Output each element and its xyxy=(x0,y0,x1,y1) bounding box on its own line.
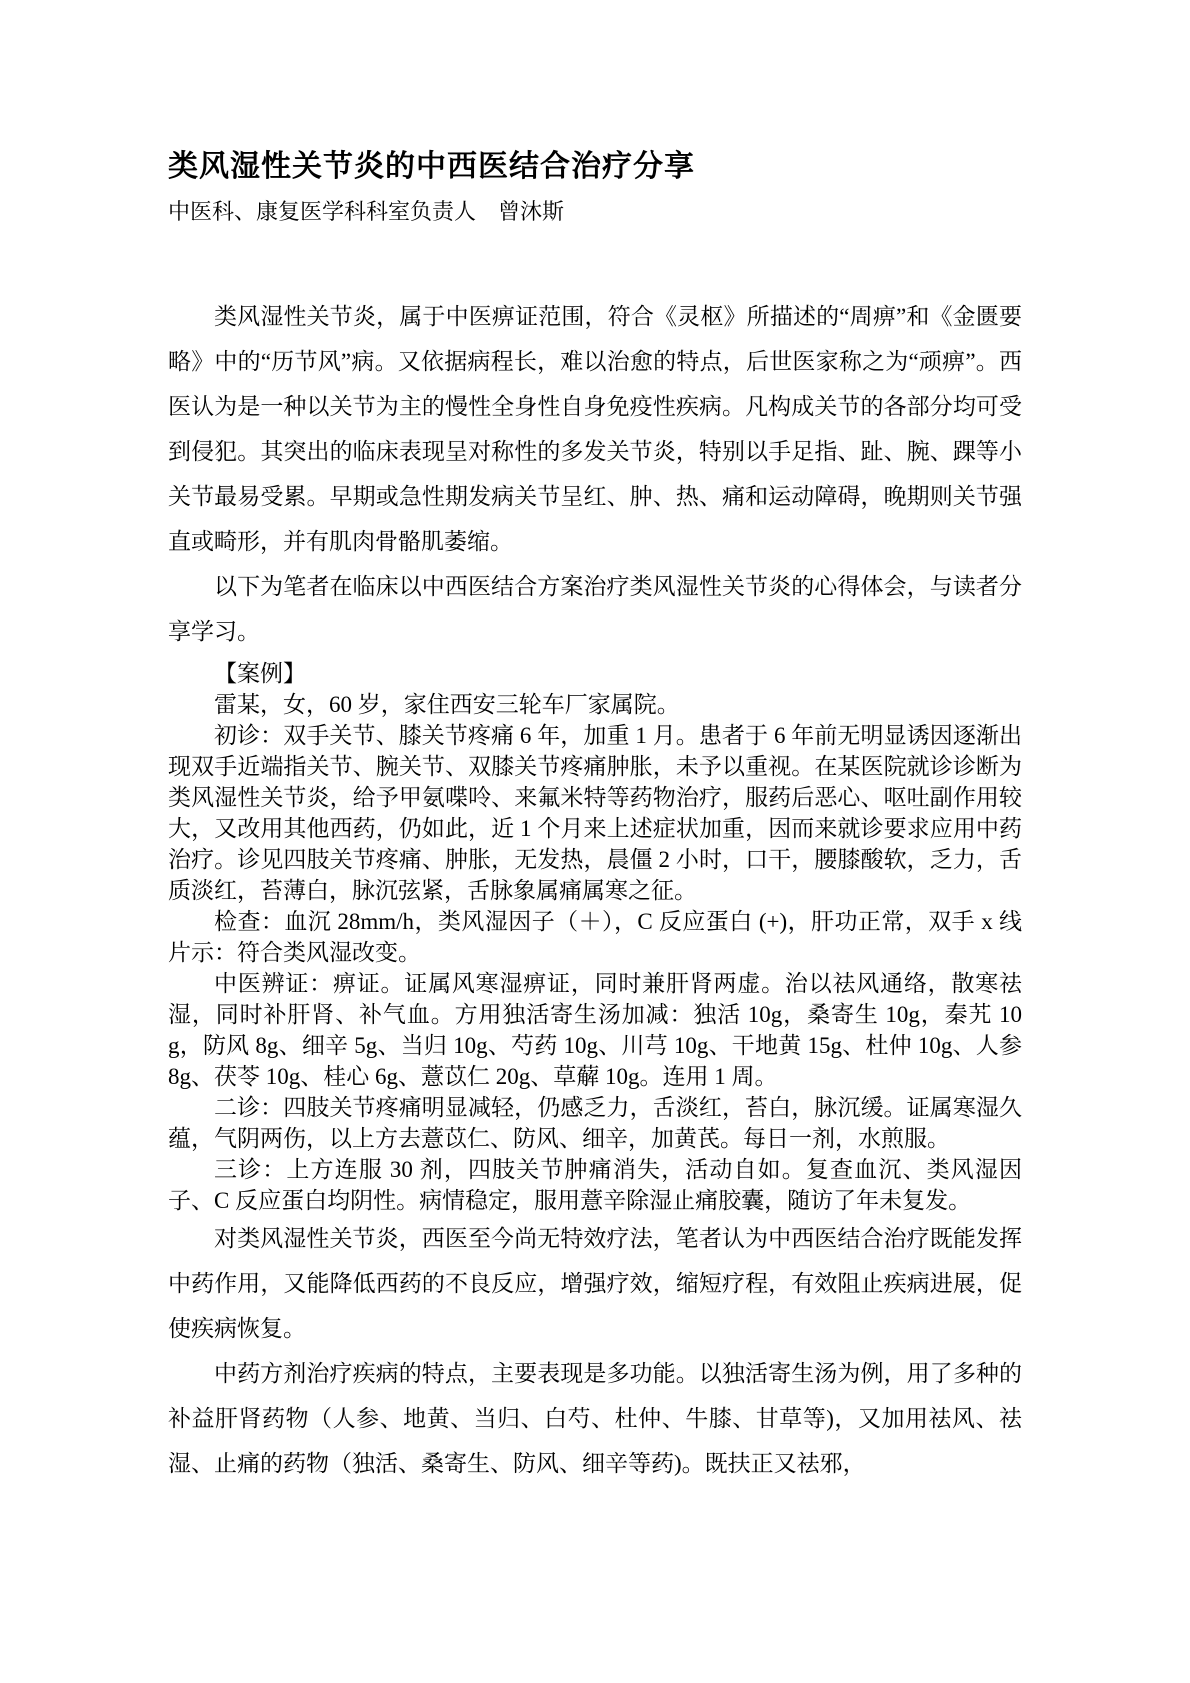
document-body: 类风湿性关节炎，属于中医痹证范围，符合《灵枢》所描述的“周痹”和《金匮要略》中的… xyxy=(168,294,1022,1486)
paragraph-first-visit: 初诊：双手关节、膝关节疼痛 6 年，加重 1 月。患者于 6 年前无明显诱因逐渐… xyxy=(168,720,1022,906)
paragraph-intro-2: 以下为笔者在临床以中西医结合方案治疗类风湿性关节炎的心得体会，与读者分享学习。 xyxy=(168,564,1022,654)
paragraph-discussion-1: 对类风湿性关节炎，西医至今尚无特效疗法，笔者认为中西医结合治疗既能发挥中药作用，… xyxy=(168,1216,1022,1351)
byline: 中医科、康复医学科科室负责人 曾沐斯 xyxy=(168,196,1022,228)
document-page: 类风湿性关节炎的中西医结合治疗分享 中医科、康复医学科科室负责人 曾沐斯 类风湿… xyxy=(0,0,1190,1683)
paragraph-second-visit: 二诊：四肢关节疼痛明显减轻，仍感乏力，舌淡红，苔白，脉沉缓。证属寒湿久蕴，气阴两… xyxy=(168,1092,1022,1154)
paragraph-discussion-2: 中药方剂治疗疾病的特点，主要表现是多功能。以独活寄生汤为例，用了多种的补益肝肾药… xyxy=(168,1351,1022,1486)
document-title: 类风湿性关节炎的中西医结合治疗分享 xyxy=(168,148,1022,186)
paragraph-intro-1: 类风湿性关节炎，属于中医痹证范围，符合《灵枢》所描述的“周痹”和《金匮要略》中的… xyxy=(168,294,1022,564)
case-section-header: 【案例】 xyxy=(168,658,1022,689)
paragraph-third-visit: 三诊：上方连服 30 剂，四肢关节肿痛消失，活动自如。复查血沉、类风湿因子、C … xyxy=(168,1154,1022,1216)
paragraph-exam: 检查：血沉 28mm/h，类风湿因子（＋），C 反应蛋白 (+)，肝功正常，双手… xyxy=(168,906,1022,968)
paragraph-patient: 雷某，女，60 岁，家住西安三轮车厂家属院。 xyxy=(168,689,1022,720)
paragraph-tcm-diagnosis: 中医辨证：痹证。证属风寒湿痹证，同时兼肝肾两虚。治以祛风通络，散寒祛湿，同时补肝… xyxy=(168,968,1022,1092)
